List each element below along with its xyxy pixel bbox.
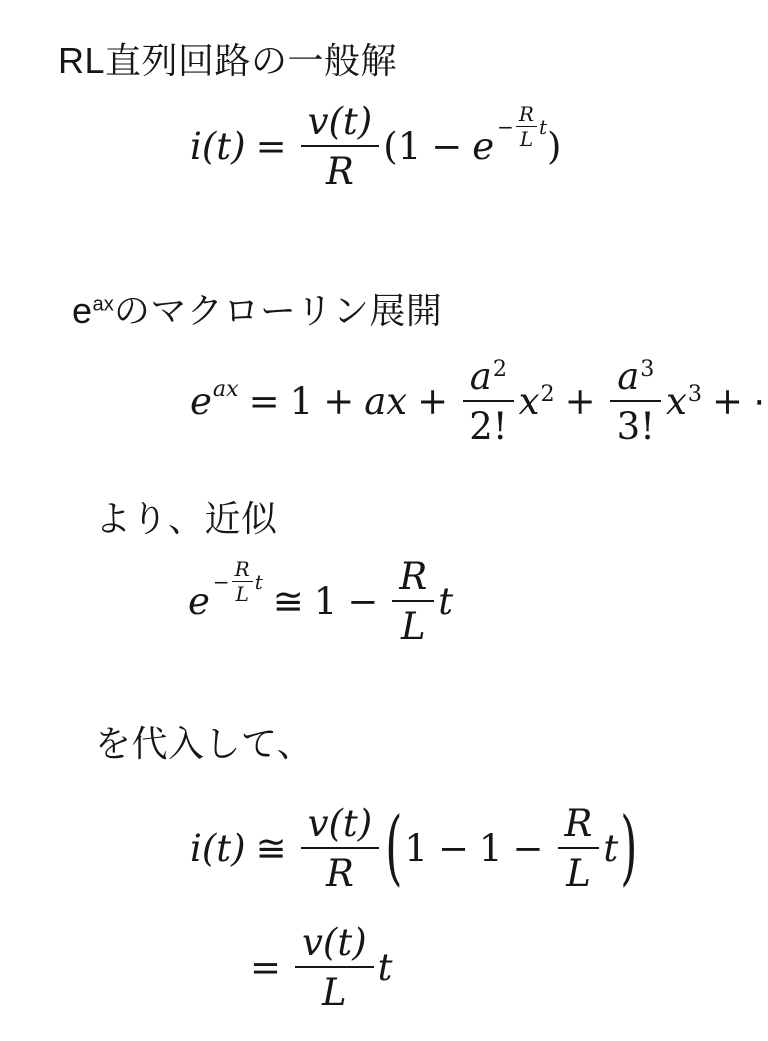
denominator-L: L bbox=[559, 849, 598, 894]
exp-var-t: t bbox=[539, 117, 547, 137]
exp-numerator-R: R bbox=[516, 104, 537, 127]
approx-equal-op: ≅ bbox=[256, 828, 287, 869]
ellipsis-dots: ⋯ bbox=[753, 381, 768, 422]
approx-equal-op: ≅ bbox=[273, 581, 304, 622]
formula-approximation: e − R L t ≅ 1 − R L t bbox=[188, 556, 453, 648]
equals-op: = bbox=[256, 126, 287, 167]
plus-op: + bbox=[565, 381, 596, 422]
fraction-a3-over-3fact: a3 3! bbox=[610, 356, 662, 448]
approx-note: より、近似 bbox=[95, 491, 278, 542]
exponent-neg-R-over-L-t: − R L t bbox=[497, 104, 547, 149]
math-t: t bbox=[603, 828, 618, 869]
maclaurin-title: eaxのマクローリン展開 bbox=[72, 283, 442, 334]
math-t: t bbox=[378, 947, 393, 988]
exp-denominator-L: L bbox=[233, 582, 252, 604]
equals-op: = bbox=[250, 947, 281, 988]
math-one: 1 bbox=[290, 381, 314, 422]
numerator-v-of-t: v(t) bbox=[301, 101, 380, 147]
math-e: e bbox=[188, 581, 210, 622]
fraction-v-over-L: v(t) L bbox=[295, 922, 374, 1014]
rl-circuit-title: RL直列回路の一般解 bbox=[58, 33, 397, 84]
sup-two: 2 bbox=[540, 381, 554, 407]
big-open-paren: ( bbox=[383, 803, 404, 894]
sup-three: 3 bbox=[688, 381, 702, 407]
math-one: 1 bbox=[314, 581, 338, 622]
denominator-L: L bbox=[315, 968, 354, 1013]
big-close-paren: ) bbox=[618, 803, 639, 894]
math-e: e bbox=[190, 381, 212, 422]
exp-fraction-R-over-L: R L bbox=[515, 104, 537, 149]
minus-op: − bbox=[438, 828, 469, 869]
exp-denominator-L: L bbox=[517, 127, 536, 149]
open-paren: ( bbox=[383, 126, 397, 167]
denominator-2-factorial: 2! bbox=[462, 402, 514, 447]
term-x-squared: x2 bbox=[519, 381, 555, 422]
maclaurin-title-exponent: ax bbox=[93, 294, 114, 316]
math-one: 1 bbox=[398, 126, 422, 167]
exp-numerator-R: R bbox=[232, 559, 253, 582]
math-i-of-t: i(t) bbox=[190, 828, 246, 869]
denominator-R: R bbox=[319, 849, 361, 894]
exp-minus-op: − bbox=[213, 572, 230, 592]
minus-op: − bbox=[347, 581, 378, 622]
maclaurin-title-rest: のマクローリン展開 bbox=[114, 290, 443, 331]
exp-ax: ax bbox=[213, 378, 239, 400]
fraction-a2-over-2fact: a2 2! bbox=[462, 356, 514, 448]
math-one: 1 bbox=[404, 828, 428, 869]
minus-op: − bbox=[431, 126, 462, 167]
numerator-R: R bbox=[392, 556, 434, 602]
math-t: t bbox=[438, 581, 453, 622]
denominator-3-factorial: 3! bbox=[610, 402, 662, 447]
math-one: 1 bbox=[479, 828, 503, 869]
denominator-L: L bbox=[394, 602, 433, 647]
numerator-v-of-t: v(t) bbox=[301, 803, 380, 849]
denominator-R: R bbox=[319, 147, 361, 192]
math-ax: ax bbox=[364, 381, 407, 422]
exponent-neg-R-over-L-t: − R L t bbox=[213, 559, 263, 604]
formula-general-solution: i(t) = v(t) R ( 1 − e − R L t ) bbox=[190, 101, 561, 193]
equals-op: = bbox=[249, 381, 280, 422]
fraction-v-over-R: v(t) R bbox=[301, 803, 380, 895]
math-i-of-t: i(t) bbox=[190, 126, 246, 167]
formula-maclaurin-series: e ax = 1 + ax + a2 2! x2 + a3 3! x3 + ⋯ bbox=[190, 356, 768, 448]
numerator-v-of-t: v(t) bbox=[295, 922, 374, 968]
term-x-cubed: x3 bbox=[666, 381, 702, 422]
numerator-a-cubed: a3 bbox=[610, 356, 661, 402]
math-x: x bbox=[666, 380, 687, 423]
sup-two: 2 bbox=[493, 356, 507, 382]
close-paren: ) bbox=[547, 126, 561, 167]
fraction-R-over-L: R L bbox=[392, 556, 434, 648]
math-a: a bbox=[617, 355, 639, 398]
numerator-R: R bbox=[558, 803, 600, 849]
fraction-R-over-L: R L bbox=[558, 803, 600, 895]
math-e: e bbox=[472, 126, 494, 167]
exp-var-t: t bbox=[255, 572, 263, 592]
math-a: a bbox=[470, 355, 492, 398]
plus-op: + bbox=[712, 381, 743, 422]
maclaurin-title-e: e bbox=[72, 290, 93, 331]
exp-minus-op: − bbox=[497, 117, 514, 137]
substitute-note: を代入して、 bbox=[95, 716, 313, 767]
minus-op: − bbox=[513, 828, 544, 869]
formula-substituted: i(t) ≅ v(t) R ( 1 − 1 − R L t ) bbox=[190, 803, 639, 895]
numerator-a-squared: a2 bbox=[463, 356, 514, 402]
formula-result: = v(t) L t bbox=[250, 922, 393, 1014]
plus-op: + bbox=[417, 381, 448, 422]
math-x: x bbox=[519, 380, 540, 423]
exp-fraction-R-over-L: R L bbox=[231, 559, 253, 604]
fraction-v-over-R: v(t) R bbox=[301, 101, 380, 193]
plus-op: + bbox=[323, 381, 354, 422]
sup-three: 3 bbox=[640, 356, 654, 382]
